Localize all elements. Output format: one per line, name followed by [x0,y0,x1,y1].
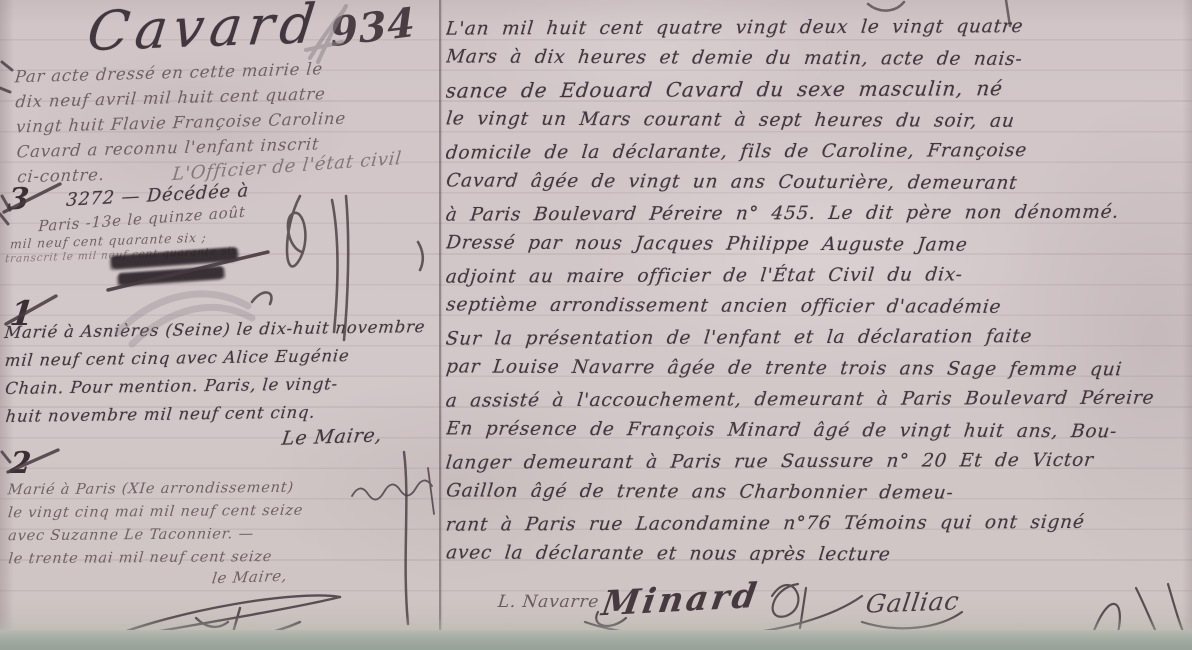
marriage-mention-2-figure: 2 [8,446,33,481]
act-line: adjoint au maire officier de l'État Civi… [446,258,1190,292]
act-line: langer demeurant à Paris rue Saussure n°… [446,444,1190,478]
act-line: En présence de François Minard âgé de vi… [446,413,1190,447]
act-line: septième arrondissement ancien officier … [446,289,1190,323]
act-line: a assisté à l'accouchement, demeurant à … [446,382,1190,416]
marriage-mention-2-mayor-label: le Maire, [211,567,289,588]
marriage-mention-line: avec Suzanne Le Taconnier. — [7,523,304,549]
marriage-mention-line: Marié à Paris (XIe arrondissement) [7,477,304,503]
birth-act-body: L'an mil huit cent quatre vingt deux le … [446,12,1190,584]
page-bottom-edge [0,630,1192,650]
act-line: par Louise Navarre âgée de trente trois … [446,351,1190,385]
column-divider-line [439,0,441,634]
signature-navarre: L. Navarre [497,592,600,612]
act-line: Sur la présentation de l'enfant et la dé… [446,320,1190,354]
marriage-mention-line: le vingt cinq mai mil neuf cent seize [7,500,304,526]
act-line: avec la déclarante et nous après lecture [446,537,1190,571]
signature-galliac: Galliac [864,586,961,618]
registry-ink-stamp [111,246,247,293]
marriage-mention-2: Marié à Paris (XIe arrondissement) le vi… [8,477,304,572]
act-line: Gaillon âgé de trente ans Charbonnier de… [446,475,1190,509]
civil-register-scan: Cavard 934 Par acte dressé en cette mair… [0,0,1192,650]
act-line: Dressé par nous Jacques Philippe Auguste… [446,227,1190,261]
stamp-text-row [118,266,223,285]
vertical-pen-flourish [404,452,408,624]
mention2-officer-scribble [352,468,434,514]
act-line: domicile de la déclarante, fils de Carol… [446,134,1190,168]
act-line: à Paris Boulevard Péreire n° 455. Le dit… [446,196,1190,230]
act-line: sance de Edouard Cavard du sexe masculin… [446,72,1190,106]
act-line: le vingt un Mars courant à sept heures d… [446,103,1190,137]
death-mention-figure: 3 [6,182,31,217]
act-line: Mars à dix heures et demie du matin, act… [446,41,1190,75]
record-surname-heading: Cavard [84,0,324,63]
marriage-mention-1-mayor-label: Le Maire, [280,424,383,450]
marriage-mention-1: Marié à Asnières (Seine) le dix-huit nov… [4,313,426,431]
act-line: rant à Paris rue Lacondamine n°76 Témoin… [446,506,1190,540]
act-line: L'an mil huit cent quatre vingt deux le … [446,12,1190,45]
act-line: Cavard âgée de vingt un ans Couturière, … [446,165,1190,199]
act-number: 934 [329,0,417,56]
